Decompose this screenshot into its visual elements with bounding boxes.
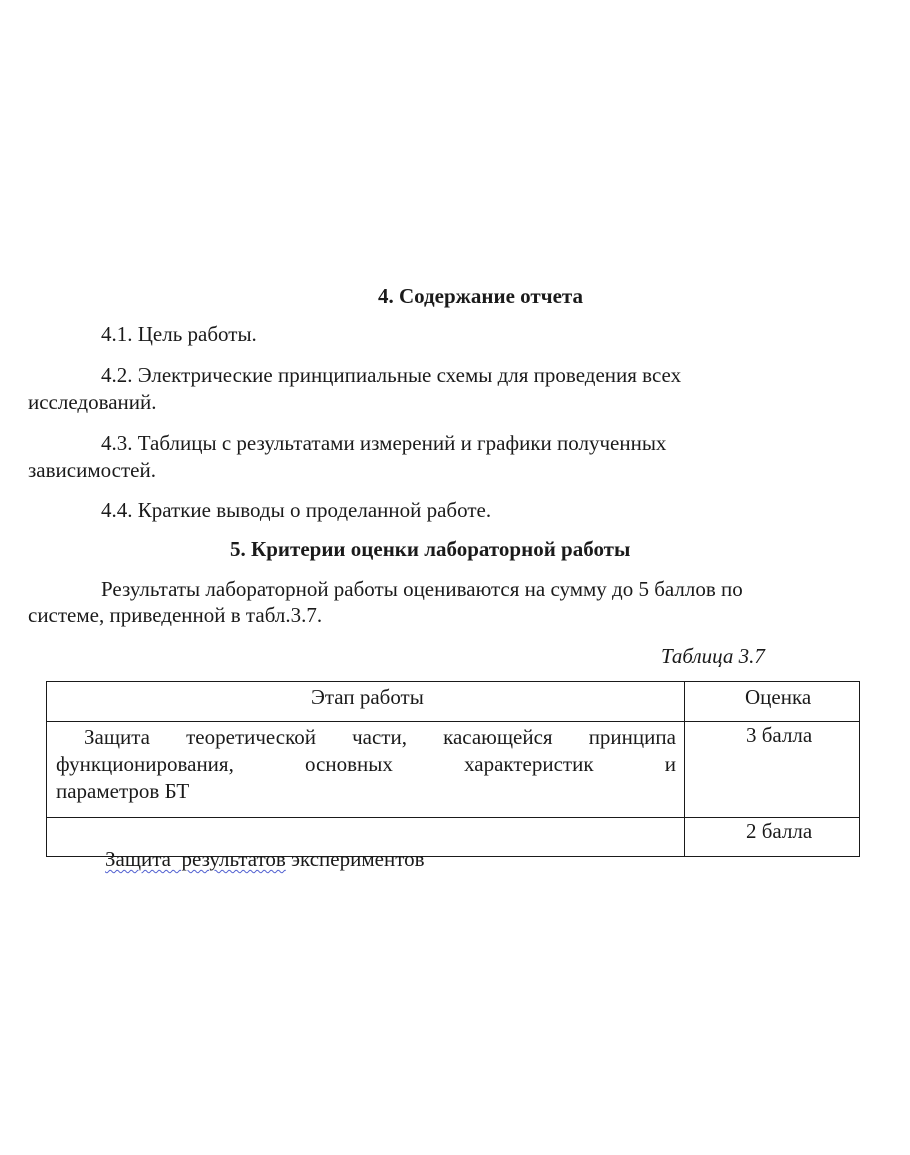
section-4-heading: 4. Содержание отчета xyxy=(378,284,583,308)
table-row-1-stage-line-3: параметров БТ xyxy=(56,778,189,805)
header-row-divider xyxy=(47,721,859,722)
section-5-heading: 5. Критерии оценки лабораторной работы xyxy=(230,537,630,561)
word: касающейся xyxy=(443,724,553,751)
grammar-underlined-text: Защита результатов xyxy=(105,847,286,871)
word: теоретической xyxy=(186,724,316,751)
word: и xyxy=(665,751,676,778)
report-item-4-2: 4.2. Электрические принципиальные схемы … xyxy=(101,362,681,389)
table-row-1-stage: Защита теоретической части, касающейся п… xyxy=(84,724,676,751)
report-item-4-3: 4.3. Таблицы с результатами измерений и … xyxy=(101,430,666,457)
word: Защита xyxy=(84,724,150,751)
report-item-4-4: 4.4. Краткие выводы о проделанной работе… xyxy=(101,497,491,524)
table-row-2-stage: Защита результатов экспериментов xyxy=(84,819,425,900)
row-divider xyxy=(47,817,859,818)
grading-table: Этап работы Оценка Защита теоретической … xyxy=(46,681,860,857)
stage-text: экспериментов xyxy=(286,847,425,871)
table-caption: Таблица 3.7 xyxy=(661,644,765,668)
report-item-4-1: 4.1. Цель работы. xyxy=(101,321,257,348)
word: принципа xyxy=(589,724,676,751)
word: характеристик xyxy=(464,751,593,778)
word: функционирования, xyxy=(56,751,234,778)
word: основных xyxy=(305,751,393,778)
report-item-4-2-continuation: исследований. xyxy=(28,389,157,416)
column-divider xyxy=(684,682,685,856)
header-stage: Этап работы xyxy=(311,684,424,711)
table-row-1-stage-line-2: функционирования, основных характеристик… xyxy=(56,751,676,778)
table-row-1-score: 3 балла xyxy=(746,722,812,749)
word: части, xyxy=(352,724,407,751)
criteria-paragraph-line-1: Результаты лабораторной работы оценивают… xyxy=(101,576,743,603)
table-row-2-score: 2 балла xyxy=(746,818,812,845)
header-score: Оценка xyxy=(745,684,811,711)
criteria-paragraph-line-2: системе, приведенной в табл.3.7. xyxy=(28,602,322,629)
report-item-4-3-continuation: зависимостей. xyxy=(28,457,156,484)
